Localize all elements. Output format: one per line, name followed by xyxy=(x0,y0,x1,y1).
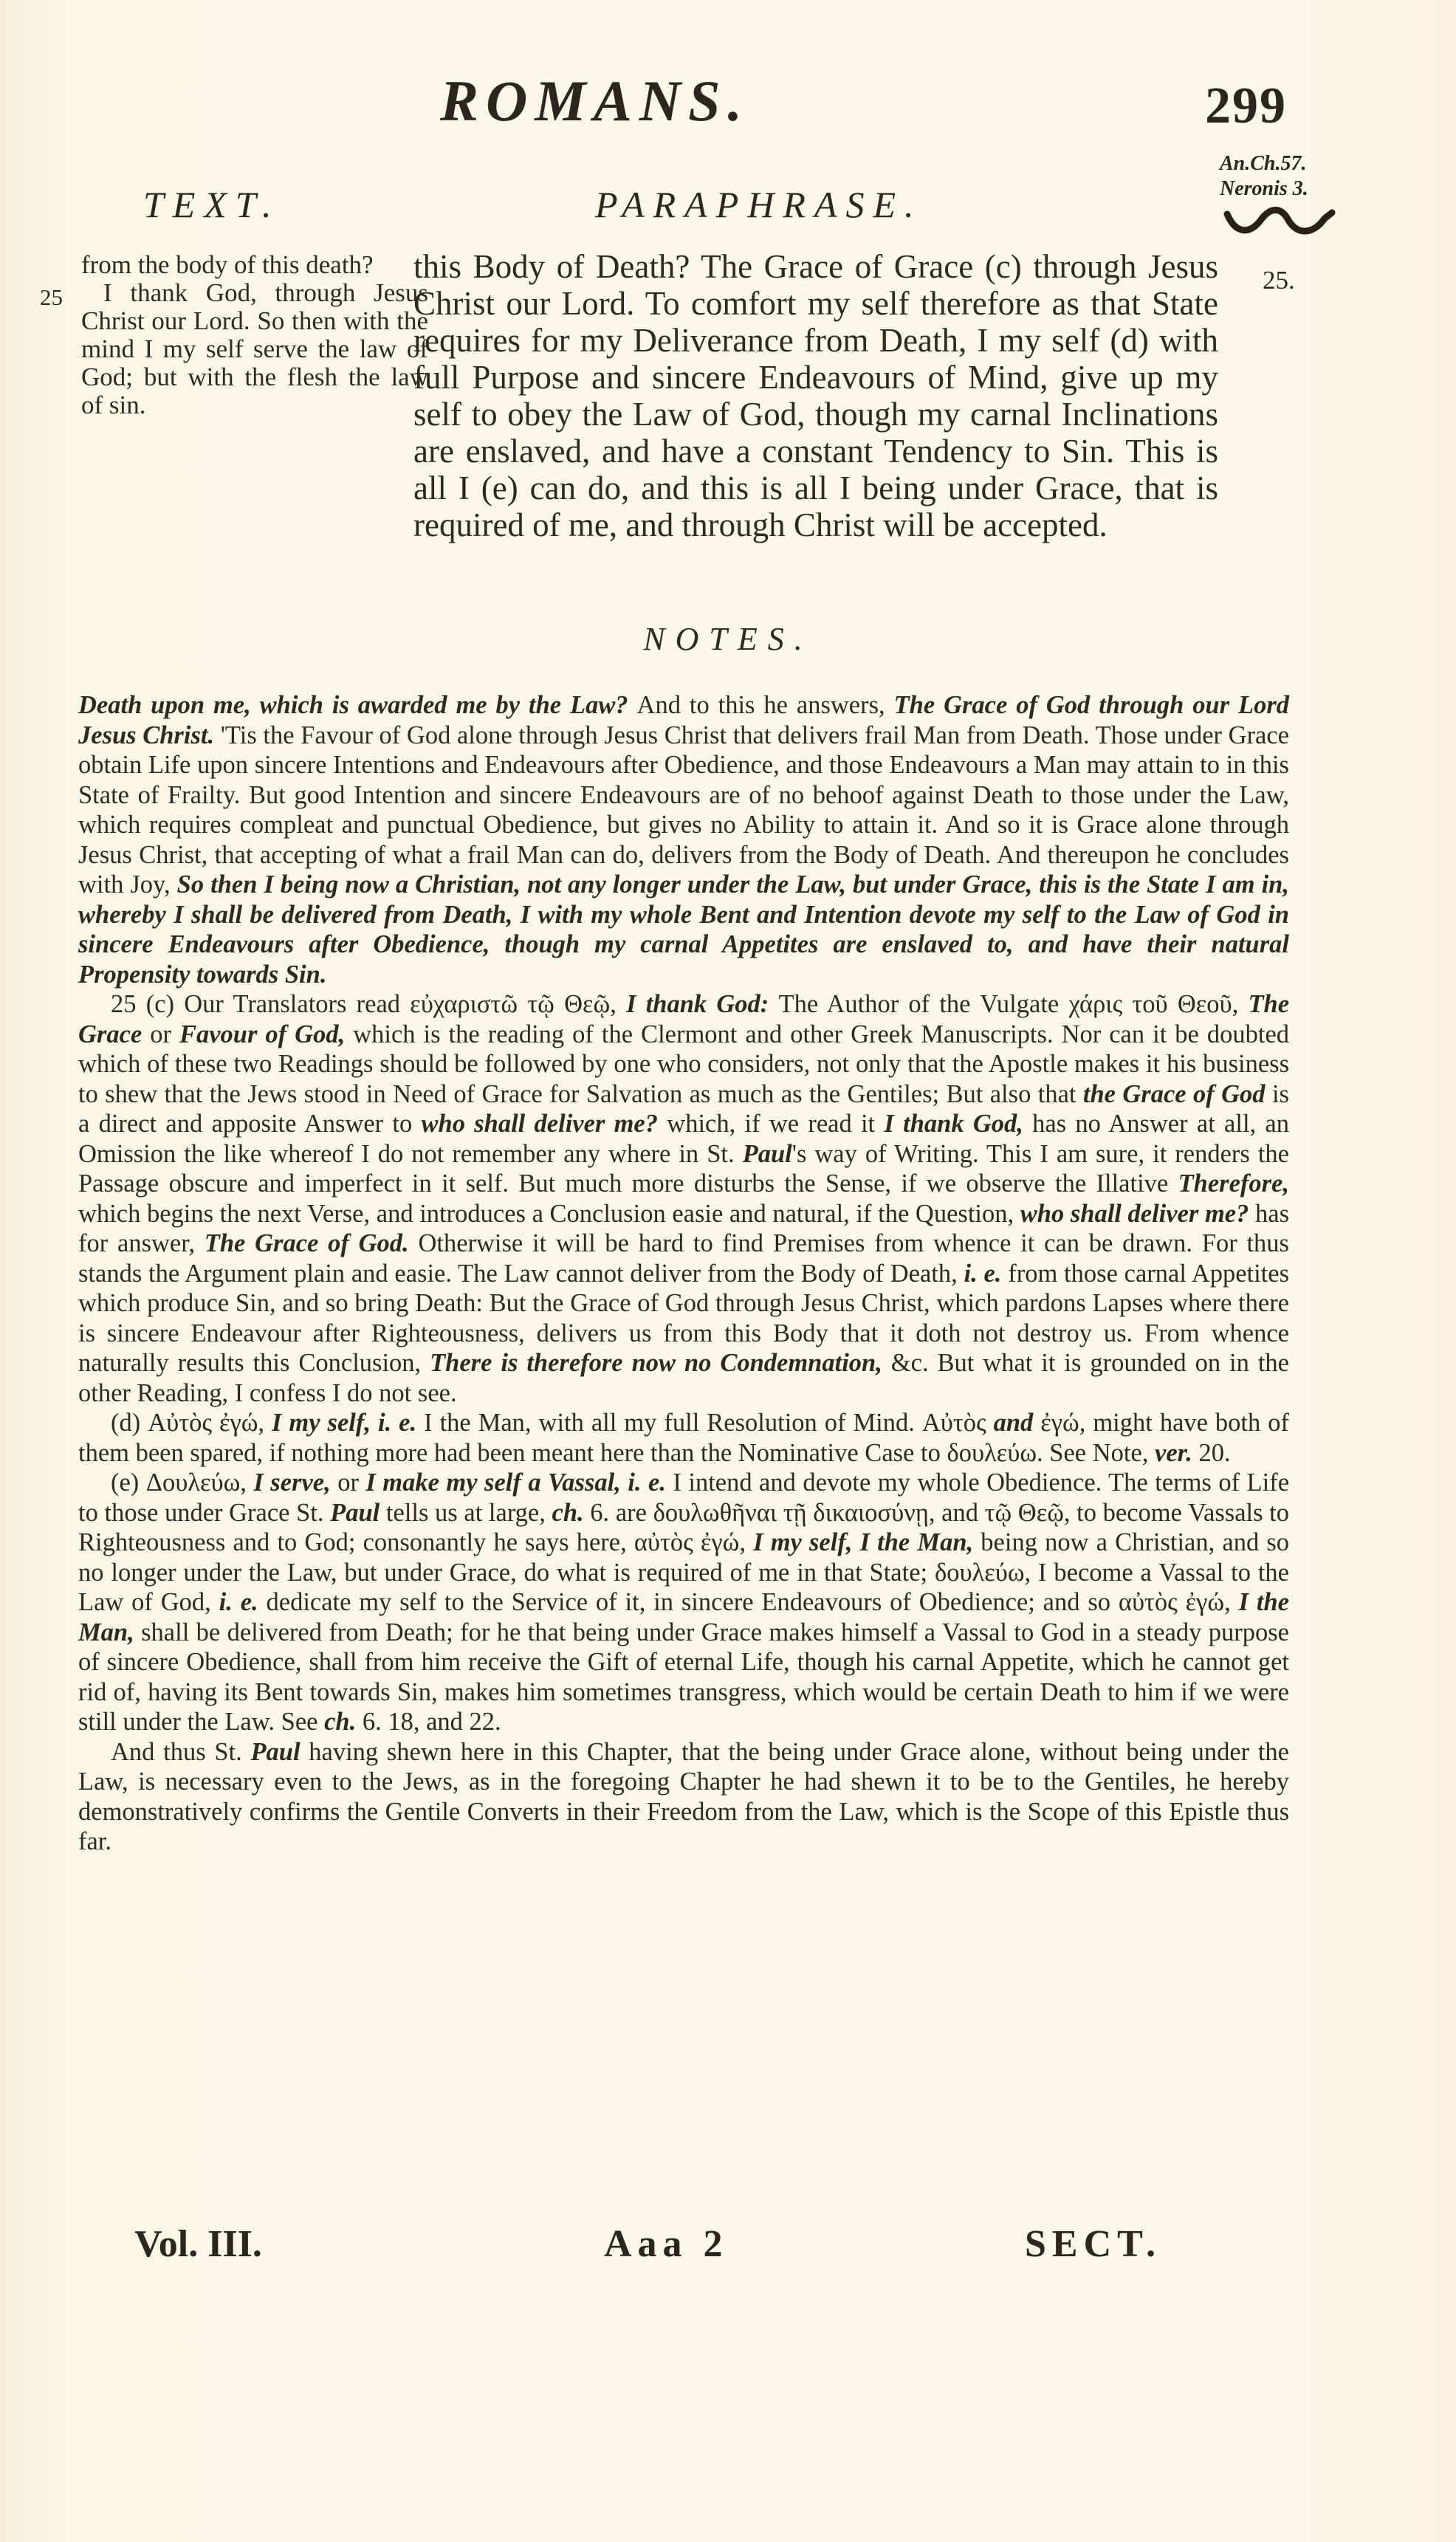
note-italic-text: Paul xyxy=(250,1738,309,1766)
note-italic-text: Favour of God, xyxy=(179,1020,353,1048)
footer-signature-mark: Aaa 2 xyxy=(604,2222,729,2266)
note-italic-text: I serve, xyxy=(253,1468,337,1497)
text-line: from the body of this death? xyxy=(81,251,428,279)
note-italic-text: ver. xyxy=(1155,1439,1198,1467)
note-text: I the Man, with all my full Resolution o… xyxy=(424,1409,994,1437)
note-italic-text: i. e. xyxy=(964,1260,1009,1288)
column-head-text: TEXT. xyxy=(143,183,281,226)
note-text: shall be delivered from Death; for he th… xyxy=(78,1618,1289,1737)
note-italic-text: who shall deliver me? xyxy=(422,1110,667,1138)
margin-date-reign: Neronis 3. xyxy=(1220,176,1308,202)
note-paragraph: (d) Αὐτὸς ἐγώ, I my self, i. e. I the Ma… xyxy=(78,1408,1289,1468)
column-head-paraphrase: PARAPHRASE. xyxy=(595,183,923,226)
note-text: or xyxy=(150,1020,179,1048)
note-text: which begins the next Verse, and introdu… xyxy=(78,1200,1020,1228)
paraphrase-verse-number: 25. xyxy=(1263,266,1295,295)
note-italic-text: Death upon me, which is awarded me by th… xyxy=(78,691,637,719)
note-italic-text: There is therefore now no Condemnation, xyxy=(430,1349,891,1377)
note-italic-text: Paul xyxy=(330,1499,386,1527)
note-text: And thus St. xyxy=(111,1738,250,1766)
note-text: 25 (c) Our Translators read εὐχαριστῶ τῷ… xyxy=(111,990,626,1018)
text-verse-25: 25 I thank God, through Jesus Christ our… xyxy=(81,279,428,419)
note-italic-text: ch. xyxy=(324,1708,363,1736)
verse-number: 25 xyxy=(40,284,63,312)
note-paragraph: 25 (c) Our Translators read εὐχαριστῶ τῷ… xyxy=(78,989,1289,1408)
note-italic-text: Therefore, xyxy=(1178,1169,1289,1198)
note-italic-text: The Grace of God. xyxy=(205,1229,419,1257)
note-text: tells us at large, xyxy=(386,1499,552,1527)
note-paragraph: And thus St. Paul having shewn here in t… xyxy=(78,1737,1289,1857)
footer-catchword: SECT. xyxy=(1025,2222,1161,2266)
note-text: dedicate my self to the Service of it, i… xyxy=(267,1588,1239,1616)
note-italic-text: the Grace of God xyxy=(1083,1080,1272,1108)
flourish-ornament-icon xyxy=(1221,205,1339,235)
note-text: or xyxy=(337,1468,365,1497)
note-text: 20. xyxy=(1198,1439,1230,1467)
margin-date: An.Ch.57. Neronis 3. xyxy=(1220,151,1308,202)
scripture-text-column: from the body of this death? 25 I thank … xyxy=(81,251,428,419)
note-italic-text: I thank God, xyxy=(884,1110,1032,1138)
note-italic-text: ch. xyxy=(552,1499,591,1527)
note-italic-text: I thank God: xyxy=(626,990,778,1018)
note-italic-text: I my self, i. e. xyxy=(272,1409,424,1437)
note-text: The Author of the Vulgate χάρις τοῦ Θεοῦ… xyxy=(779,990,1249,1018)
note-italic-text: So then I being now a Christian, not any… xyxy=(78,870,1289,989)
note-italic-text: I my self, I the Man, xyxy=(753,1528,981,1556)
paraphrase-column: this Body of Death? The Grace of Grace (… xyxy=(413,248,1218,543)
notes-heading: NOTES. xyxy=(0,620,1456,658)
note-italic-text: who shall deliver me? xyxy=(1020,1200,1255,1228)
note-text: (e) Δουλεύω, xyxy=(111,1468,253,1497)
note-paragraph: Death upon me, which is awarded me by th… xyxy=(78,690,1289,989)
note-italic-text: and xyxy=(994,1409,1041,1437)
notes-body: Death upon me, which is awarded me by th… xyxy=(78,690,1289,1857)
margin-date-year: An.Ch.57. xyxy=(1220,151,1308,176)
footer-volume: Vol. III. xyxy=(134,2222,262,2266)
running-title: ROMANS. xyxy=(440,68,749,134)
note-text: 6. 18, and 22. xyxy=(363,1708,501,1736)
note-paragraph: (e) Δουλεύω, I serve, or I make my self … xyxy=(78,1468,1289,1737)
page-number: 299 xyxy=(1205,77,1287,136)
note-text: which, if we read it xyxy=(667,1110,884,1138)
text-line: I thank God, through Jesus Christ our Lo… xyxy=(81,278,428,419)
note-italic-text: Paul xyxy=(743,1140,792,1168)
note-italic-text: i. e. xyxy=(219,1588,267,1616)
note-text: (d) Αὐτὸς ἐγώ, xyxy=(111,1409,272,1437)
note-text: And to this he answers, xyxy=(637,691,894,719)
note-italic-text: I make my self a Vassal, i. e. xyxy=(365,1468,673,1497)
